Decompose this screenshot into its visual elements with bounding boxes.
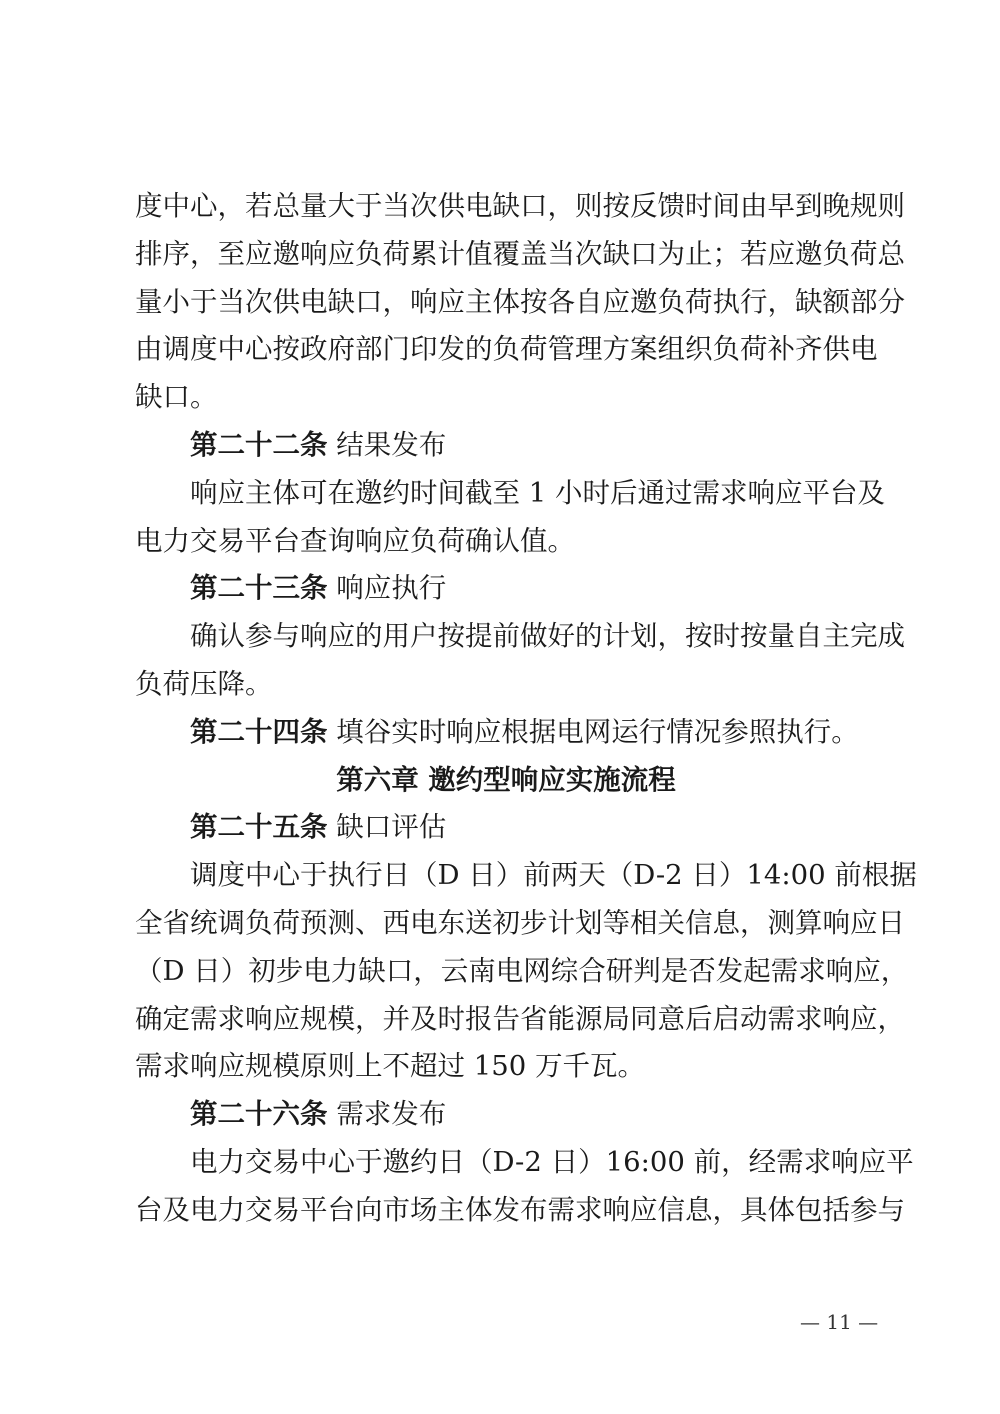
article-number: 第二十五条 [190, 811, 328, 843]
text-line: 台及电力交易平台向市场主体发布需求响应信息，具体包括参与 [135, 1187, 877, 1235]
article-number: 第二十四条 [190, 716, 328, 748]
article-number: 第二十六条 [190, 1098, 328, 1130]
text-line: 电力交易平台查询响应负荷确认值。 [135, 518, 877, 566]
article-title: 需求发布 [336, 1098, 446, 1130]
article-title: 填谷实时响应根据电网运行情况参照执行。 [336, 716, 859, 748]
article-title: 结果发布 [336, 429, 446, 461]
article-23-heading: 第二十三条 响应执行 [135, 565, 877, 613]
chapter-title: 第六章 邀约型响应实施流程 [135, 757, 877, 805]
article-25-heading: 第二十五条 缺口评估 [135, 804, 877, 852]
article-24-heading: 第二十四条 填谷实时响应根据电网运行情况参照执行。 [135, 709, 877, 757]
text-line: 需求响应规模原则上不超过 150 万千瓦。 [135, 1043, 877, 1091]
text-line: 响应主体可在邀约时间截至 1 小时后通过需求响应平台及 [135, 470, 877, 518]
article-22-heading: 第二十二条 结果发布 [135, 422, 877, 470]
text-line: （D 日）初步电力缺口，云南电网综合研判是否发起需求响应， [135, 948, 877, 996]
text-line: 度中心，若总量大于当次供电缺口，则按反馈时间由早到晚规则 [135, 183, 877, 231]
text-line: 负荷压降。 [135, 661, 877, 709]
text-line: 调度中心于执行日（D 日）前两天（D-2 日）14:00 前根据 [135, 852, 877, 900]
text-line: 电力交易中心于邀约日（D-2 日）16:00 前，经需求响应平 [135, 1139, 877, 1187]
article-26-heading: 第二十六条 需求发布 [135, 1091, 877, 1139]
article-title: 响应执行 [336, 572, 446, 604]
text-line: 排序，至应邀响应负荷累计值覆盖当次缺口为止；若应邀负荷总 [135, 231, 877, 279]
text-line: 量小于当次供电缺口，响应主体按各自应邀负荷执行，缺额部分 [135, 279, 877, 327]
document-page: 度中心，若总量大于当次供电缺口，则按反馈时间由早到晚规则 排序，至应邀响应负荷累… [135, 183, 877, 1235]
text-line: 全省统调负荷预测、西电东送初步计划等相关信息，测算响应日 [135, 900, 877, 948]
page-number: — 11 — [800, 1310, 878, 1334]
article-number: 第二十二条 [190, 429, 328, 461]
text-line: 确认参与响应的用户按提前做好的计划，按时按量自主完成 [135, 613, 877, 661]
article-title: 缺口评估 [336, 811, 446, 843]
text-line: 由调度中心按政府部门印发的负荷管理方案组织负荷补齐供电 [135, 326, 877, 374]
text-line: 缺口。 [135, 374, 877, 422]
article-number: 第二十三条 [190, 572, 328, 604]
text-line: 确定需求响应规模，并及时报告省能源局同意后启动需求响应， [135, 996, 877, 1044]
